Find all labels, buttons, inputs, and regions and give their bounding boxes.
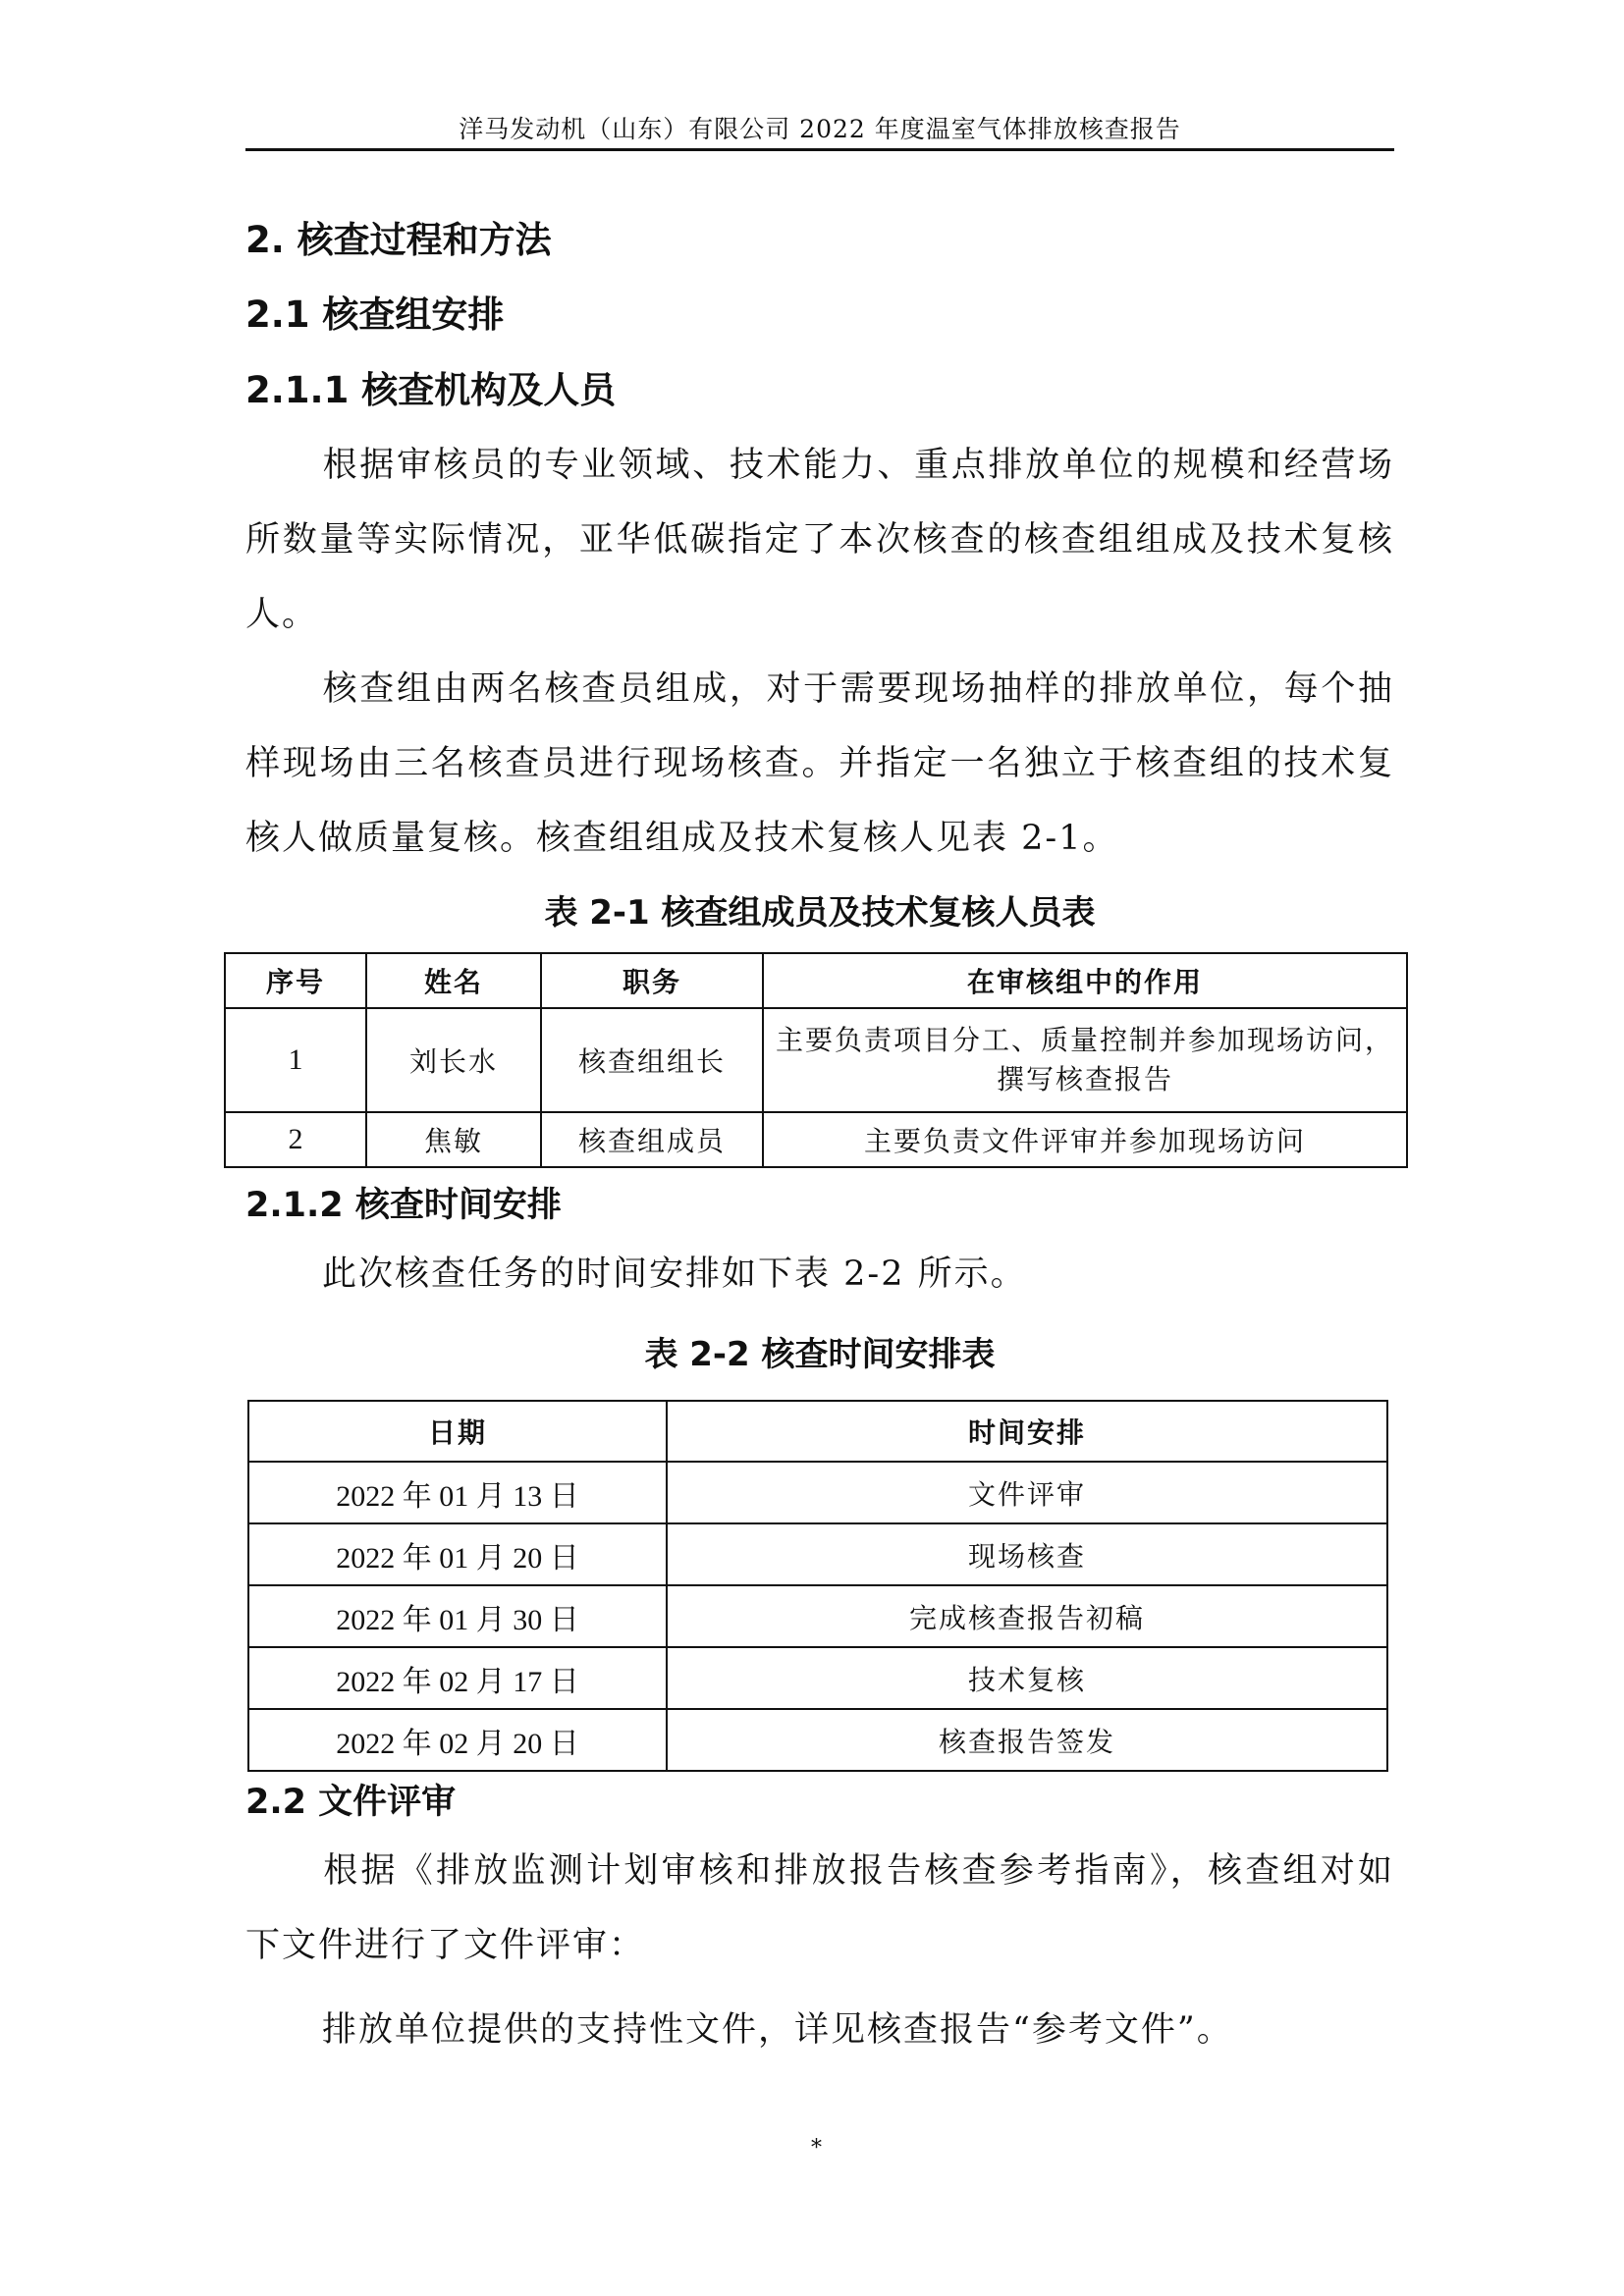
- cell-activity: 技术复核: [667, 1647, 1387, 1709]
- table-row: 2022 年 01 月 13 日 文件评审: [248, 1462, 1387, 1523]
- col-header-position: 职务: [541, 953, 763, 1008]
- table-row: 2022 年 02 月 17 日 技术复核: [248, 1647, 1387, 1709]
- col-header-date: 日期: [248, 1401, 667, 1462]
- paragraph-text: 核查组由两名核查员组成，对于需要现场抽样的排放单位，每个抽样现场由三名核查员进行…: [245, 669, 1394, 858]
- col-header-no: 序号: [225, 953, 366, 1008]
- header-rule: [245, 148, 1394, 151]
- cell-name: 焦敏: [366, 1112, 541, 1167]
- cell-no: 2: [225, 1112, 366, 1167]
- paragraph-team-basis: 根据审核员的专业领域、技术能力、重点排放单位的规模和经营场所数量等实际情况，亚华…: [245, 428, 1394, 652]
- cell-activity: 核查报告签发: [667, 1709, 1387, 1771]
- cell-name: 刘长水: [366, 1008, 541, 1112]
- paragraph-text: 根据审核员的专业领域、技术能力、重点排放单位的规模和经营场所数量等实际情况，亚华…: [245, 446, 1394, 634]
- table-header-row: 序号 姓名 职务 在审核组中的作用: [225, 953, 1407, 1008]
- paragraph-schedule-intro: 此次核查任务的时间安排如下表 2-2 所示。: [245, 1237, 1394, 1311]
- section-heading-2-1-1: 2.1.1 核查机构及人员: [245, 360, 616, 413]
- cell-no: 1: [225, 1008, 366, 1112]
- table-header-row: 日期 时间安排: [248, 1401, 1387, 1462]
- paragraph-text: 此次核查任务的时间安排如下表 2-2 所示。: [322, 1255, 1027, 1294]
- table-caption-2-2: 表 2-2 核查时间安排表: [245, 1327, 1394, 1375]
- schedule-table: 日期 时间安排 2022 年 01 月 13 日 文件评审 2022 年 01 …: [247, 1400, 1388, 1772]
- page-marker: *: [811, 2136, 822, 2161]
- cell-role: 主要负责项目分工、质量控制并参加现场访问，撰写核查报告: [763, 1008, 1407, 1112]
- cell-date: 2022 年 02 月 17 日: [248, 1647, 667, 1709]
- cell-date: 2022 年 01 月 13 日: [248, 1462, 667, 1523]
- col-header-activity: 时间安排: [667, 1401, 1387, 1462]
- col-header-role: 在审核组中的作用: [763, 953, 1407, 1008]
- section-heading-2-1: 2.1 核查组安排: [245, 285, 504, 338]
- section-heading-2-1-2: 2.1.2 核查时间安排: [245, 1178, 562, 1227]
- section-heading-2: 2. 核查过程和方法: [245, 210, 552, 263]
- col-header-name: 姓名: [366, 953, 541, 1008]
- table-row: 2022 年 01 月 30 日 完成核查报告初稿: [248, 1585, 1387, 1647]
- paragraph-text: 根据《排放监测计划审核和排放报告核查参考指南》，核查组对如下文件进行了文件评审：: [245, 1851, 1394, 1965]
- paragraph-team-composition: 核查组由两名核查员组成，对于需要现场抽样的排放单位，每个抽样现场由三名核查员进行…: [245, 652, 1394, 876]
- section-heading-2-2: 2.2 文件评审: [245, 1775, 456, 1824]
- cell-role: 主要负责文件评审并参加现场访问: [763, 1112, 1407, 1167]
- paragraph-document-review: 根据《排放监测计划审核和排放报告核查参考指南》，核查组对如下文件进行了文件评审：: [245, 1834, 1394, 1983]
- cell-date: 2022 年 01 月 30 日: [248, 1585, 667, 1647]
- running-header: 洋马发动机（山东）有限公司 2022 年度温室气体排放核查报告: [245, 110, 1394, 145]
- cell-date: 2022 年 01 月 20 日: [248, 1523, 667, 1585]
- team-members-table: 序号 姓名 职务 在审核组中的作用 1 刘长水 核查组组长 主要负责项目分工、质…: [224, 952, 1408, 1168]
- paragraph-text: 排放单位提供的支持性文件，详见核查报告“参考文件”。: [322, 2010, 1233, 2050]
- table-row: 2022 年 02 月 20 日 核查报告签发: [248, 1709, 1387, 1771]
- table-caption-2-1: 表 2-1 核查组成员及技术复核人员表: [245, 885, 1394, 934]
- cell-position: 核查组成员: [541, 1112, 763, 1167]
- cell-activity: 完成核查报告初稿: [667, 1585, 1387, 1647]
- table-row: 1 刘长水 核查组组长 主要负责项目分工、质量控制并参加现场访问，撰写核查报告: [225, 1008, 1407, 1112]
- paragraph-supporting-docs: 排放单位提供的支持性文件，详见核查报告“参考文件”。: [245, 1993, 1394, 2067]
- table-row: 2022 年 01 月 20 日 现场核查: [248, 1523, 1387, 1585]
- table-row: 2 焦敏 核查组成员 主要负责文件评审并参加现场访问: [225, 1112, 1407, 1167]
- cell-activity: 文件评审: [667, 1462, 1387, 1523]
- cell-position: 核查组组长: [541, 1008, 763, 1112]
- cell-activity: 现场核查: [667, 1523, 1387, 1585]
- cell-date: 2022 年 02 月 20 日: [248, 1709, 667, 1771]
